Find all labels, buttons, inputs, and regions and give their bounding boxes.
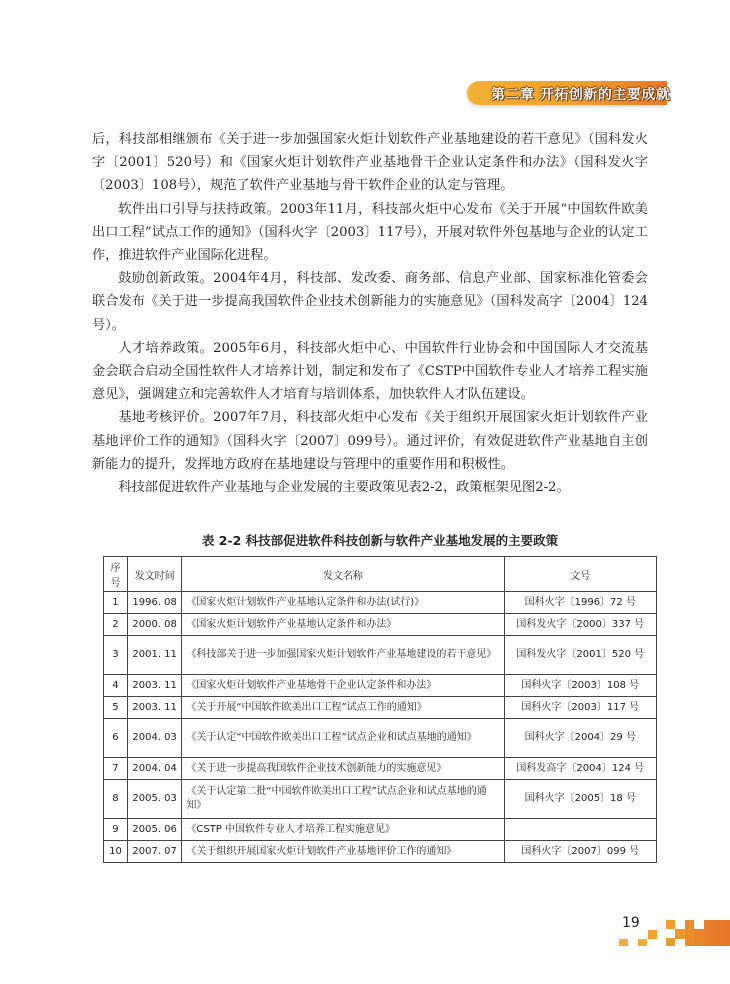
table-header-row: 序号 发文时间 发文名称 文号 (104, 557, 657, 592)
table-row: 6 2004. 03 《关于认定“中国软件欧美出口工程”试点企业和试点基地的通知… (104, 719, 657, 758)
cell-no: 9 (104, 819, 128, 841)
cell-date: 2003. 11 (127, 697, 181, 719)
cell-date: 2007. 07 (127, 841, 181, 863)
paragraph: 基地考核评价。2007年7月，科技部火炬中心发布《关于组织开展国家火炬计划软件产… (92, 406, 648, 476)
cell-no: 7 (104, 758, 128, 780)
cell-title: 《科技部关于进一步加强国家火炬计划软件产业基地建设的若干意见》 (182, 636, 504, 675)
cell-title: 《国家火炬计划软件产业基地认定条件和办法(试行)》 (182, 592, 504, 614)
page-number: 19 (622, 915, 640, 931)
cell-title: 《关于进一步提高我国软件企业技术创新能力的实施意见》 (182, 758, 504, 780)
cell-doc: 国科火字〔2003〕108 号 (504, 675, 656, 697)
cell-no: 3 (104, 636, 128, 675)
cell-date: 2005. 06 (127, 819, 181, 841)
cell-no: 1 (104, 592, 128, 614)
cell-date: 2003. 11 (127, 675, 181, 697)
cell-no: 10 (104, 841, 128, 863)
table-row: 5 2003. 11 《关于开展“中国软件欧美出口工程”试点工作的通知》 国科火… (104, 697, 657, 719)
cell-doc: 国科火字〔2004〕29 号 (504, 719, 656, 758)
cell-doc: 国科火字〔2007〕099 号 (504, 841, 656, 863)
cell-no: 4 (104, 675, 128, 697)
cell-title: 《关于认定“中国软件欧美出口工程”试点企业和试点基地的通知》 (182, 719, 504, 758)
cell-no: 8 (104, 780, 128, 819)
cell-doc: 国科火字〔2005〕18 号 (504, 780, 656, 819)
paragraph: 后，科技部相继颁布《关于进一步加强国家火炬计划软件产业基地建设的若干意见》（国科… (92, 128, 648, 198)
cell-date: 1996. 08 (127, 592, 181, 614)
column-header-title: 发文名称 (182, 557, 504, 592)
body-text: 后，科技部相继颁布《关于进一步加强国家火炬计划软件产业基地建设的若干意见》（国科… (92, 128, 648, 499)
cell-title: 《国家火炬计划软件产业基地骨干企业认定条件和办法》 (182, 675, 504, 697)
chapter-header-bar: 第二章 开拓创新的主要成就 (467, 81, 667, 105)
cell-title: 《关于认定第二批“中国软件欧美出口工程”试点企业和试点基地的通知》 (182, 780, 504, 819)
cell-doc: 国科火字〔2003〕117 号 (504, 697, 656, 719)
cell-title: 《CSTP 中国软件专业人才培养工程实施意见》 (182, 819, 504, 841)
cell-title: 《国家火炬计划软件产业基地认定条件和办法》 (182, 614, 504, 636)
cell-title: 《关于组织开展国家火炬计划软件产业基地评价工作的通知》 (182, 841, 504, 863)
cell-no: 6 (104, 719, 128, 758)
paragraph: 鼓励创新政策。2004年4月，科技部、发改委、商务部、信息产业部、国家标准化管委… (92, 267, 648, 337)
column-header-doc: 文号 (504, 557, 656, 592)
cell-date: 2000. 08 (127, 614, 181, 636)
table-row: 2 2000. 08 《国家火炬计划软件产业基地认定条件和办法》 国科发火字〔2… (104, 614, 657, 636)
table-row: 8 2005. 03 《关于认定第二批“中国软件欧美出口工程”试点企业和试点基地… (104, 780, 657, 819)
paragraph: 科技部促进软件产业基地与企业发展的主要政策见表2-2，政策框架见图2-2。 (92, 476, 648, 499)
cell-doc: 国科火字〔1996〕72 号 (504, 592, 656, 614)
cell-doc (504, 819, 656, 841)
cell-doc: 国科发火字〔2000〕337 号 (504, 614, 656, 636)
cell-doc: 国科发高字〔2004〕124 号 (504, 758, 656, 780)
table-row: 10 2007. 07 《关于组织开展国家火炬计划软件产业基地评价工作的通知》 … (104, 841, 657, 863)
table-caption: 表 2-2 科技部促进软件科技创新与软件产业基地发展的主要政策 (103, 531, 657, 549)
cell-date: 2005. 03 (127, 780, 181, 819)
paragraph: 人才培养政策。2005年6月，科技部火炬中心、中国软件行业协会和中国国际人才交流… (92, 337, 648, 407)
paragraph: 软件出口引导与扶持政策。2003年11月，科技部火炬中心发布《关于开展“中国软件… (92, 198, 648, 268)
column-header-date: 发文时间 (127, 557, 181, 592)
cell-date: 2001. 11 (127, 636, 181, 675)
table-row: 4 2003. 11 《国家火炬计划软件产业基地骨干企业认定条件和办法》 国科火… (104, 675, 657, 697)
cell-no: 5 (104, 697, 128, 719)
table-row: 9 2005. 06 《CSTP 中国软件专业人才培养工程实施意见》 (104, 819, 657, 841)
column-header-no: 序号 (104, 557, 128, 592)
table-row: 3 2001. 11 《科技部关于进一步加强国家火炬计划软件产业基地建设的若干意… (104, 636, 657, 675)
cell-title: 《关于开展“中国软件欧美出口工程”试点工作的通知》 (182, 697, 504, 719)
table-row: 7 2004. 04 《关于进一步提高我国软件企业技术创新能力的实施意见》 国科… (104, 758, 657, 780)
table-row: 1 1996. 08 《国家火炬计划软件产业基地认定条件和办法(试行)》 国科火… (104, 592, 657, 614)
cell-date: 2004. 03 (127, 719, 181, 758)
cell-doc: 国科发火字〔2001〕520 号 (504, 636, 656, 675)
policy-table: 序号 发文时间 发文名称 文号 1 1996. 08 《国家火炬计划软件产业基地… (103, 556, 657, 863)
cell-date: 2004. 04 (127, 758, 181, 780)
cell-no: 2 (104, 614, 128, 636)
chapter-title: 第二章 开拓创新的主要成就 (491, 84, 670, 104)
